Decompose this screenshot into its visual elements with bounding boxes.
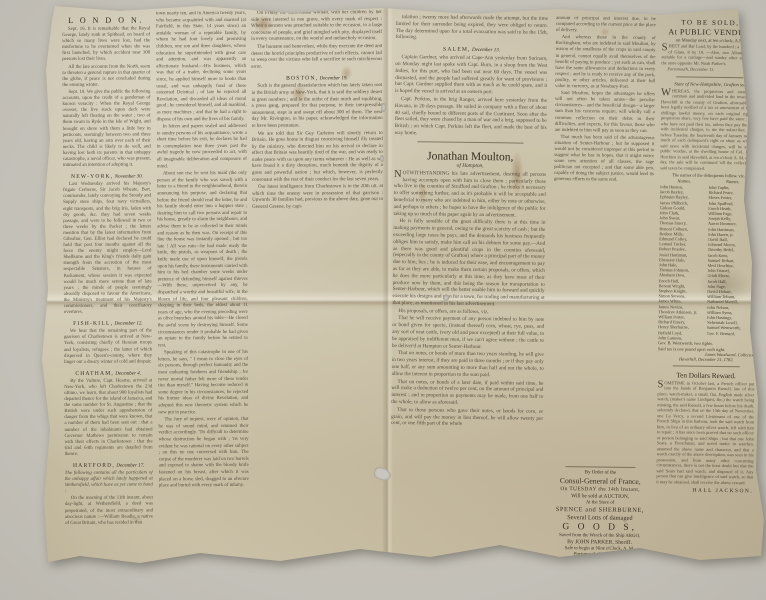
consul-general-auction-ad: By Order of the Consul-General of France… [549, 463, 650, 559]
newspaper-sheet: L O N D O N. Sept. 16. It is remarkable … [0, 0, 766, 600]
evacuation-paragraphs: tulation ; twenty more had afterwards ma… [396, 14, 548, 44]
reward-body: SOMETIME in October last, a French offic… [656, 380, 754, 486]
paragraph: That much has been said of the advantage… [554, 135, 655, 185]
consul-line-spence-sherburne: SPENCE and SHERBURNE, [550, 506, 650, 514]
right-page: tulation ; twenty more had afterwards ma… [0, 0, 766, 600]
column-moulton-continued: amount of principal and interest due, to… [549, 16, 656, 559]
consul-line-auction: Will be sold at AUCTION, [550, 493, 650, 500]
paragraph: He is fully sensible of the great diffic… [392, 218, 545, 308]
moulton-opening-text: OTWITHSTANDING his late advertisement, d… [394, 170, 547, 218]
grafton-notice-body: WHEREAS, the proprietors and owners of c… [660, 88, 758, 172]
salem-date: December 13. [472, 48, 500, 53]
consul-line-parker-sheriff: By JOHN PARKER, Sheriff. [550, 539, 650, 546]
paper-hole [443, 295, 449, 301]
tobesold-heading: TO BE SOLD, [662, 18, 759, 27]
drop-cap-n: N [394, 170, 403, 179]
section-rule [672, 365, 740, 367]
moulton-opening-paragraph: NOTWITHSTANDING his late advertisement, … [394, 170, 547, 219]
paragraph: Said Moulton, hopes the advantages he of… [555, 91, 656, 135]
salem-city: SALEM, [443, 47, 471, 53]
moulton-ad-subtitle: of Hampton, [394, 162, 546, 170]
tobesold-text: HEET and Bar Lead, by the hundred ; a fe… [661, 43, 758, 65]
consul-line-dateline: Portsmouth, December 20. [549, 552, 649, 558]
photo-background: L O N D O N. Sept. 16. It is remarkable … [0, 0, 766, 600]
paper-hole [381, 103, 386, 112]
column-notices: TO BE SOLD, At PUBLIC VENDUE, on Monday … [655, 17, 759, 560]
paragraph: That he will receive payment of any pers… [392, 315, 544, 351]
names-header-right: Names. [708, 179, 757, 185]
reward-heading: Ten Dollars Reward. [658, 371, 755, 380]
paragraph: That to those persons who gave their not… [391, 407, 543, 429]
paragraph: amount of principal and interest due, to… [556, 16, 656, 36]
paper-shadow-wrap: L O N D O N. Sept. 16. It is remarkable … [0, 0, 766, 600]
tobesold-dateline: Portsmouth, December 11. [661, 66, 758, 73]
reward-text: OMETIME in October last, a French office… [656, 380, 754, 485]
moulton-paragraphs: He is fully sensible of the great diffic… [391, 218, 546, 430]
grafton-notice-text: HEREAS, the proprietors and owners of co… [660, 88, 758, 170]
paragraph: That on notes, or bonds of more than two… [392, 350, 544, 379]
section-rule [417, 141, 523, 143]
drop-cap-w: W [661, 88, 672, 97]
paragraph: Capt. Perkins, in the brig Ranger, arriv… [395, 96, 547, 139]
names-header-left: Names. [660, 178, 709, 184]
ad-rule [565, 466, 635, 468]
haverhill-dateline: Haverhill, December 21, 1782. [658, 357, 755, 364]
delinquent-names-list: John Hunton, John Taplin, Jacob Bayley, … [658, 184, 757, 341]
consul-line-title: Consul-General of France, [550, 476, 650, 486]
moulton-continuation-paragraphs: amount of principal and interest due, to… [554, 16, 656, 186]
paragraph: That on notes, or bonds of a later date,… [391, 379, 543, 408]
tobesold-body: SHEET and Bar Lead, by the hundred ; a f… [661, 43, 758, 66]
paper-hole [380, 155, 384, 162]
hall-jackson-signature: HALL JACKSON. [656, 487, 753, 494]
paragraph: And whereas those in the county of Rocki… [555, 35, 656, 91]
public-vendue-heading: At PUBLIC VENDUE, [662, 27, 759, 37]
paragraph: tulation ; twenty more had afterwards ma… [396, 14, 548, 43]
consul-line-lotts: Several Lotts of damaged [550, 514, 650, 522]
column-salem-moulton: tulation ; twenty more had afterwards ma… [389, 14, 548, 558]
salem-dateline: SALEM, December 13. [396, 46, 548, 54]
salem-paragraphs: Captain Gardner, who arrived at Cape-Ann… [394, 54, 547, 139]
section-rule [676, 76, 744, 78]
paragraph: Captain Gardner, who arrived at Cape-Ann… [395, 54, 547, 97]
consul-line-goods: G O O D S, [550, 522, 650, 533]
consul-line-day: On TUESDAY the 14th Instant, [550, 486, 650, 493]
